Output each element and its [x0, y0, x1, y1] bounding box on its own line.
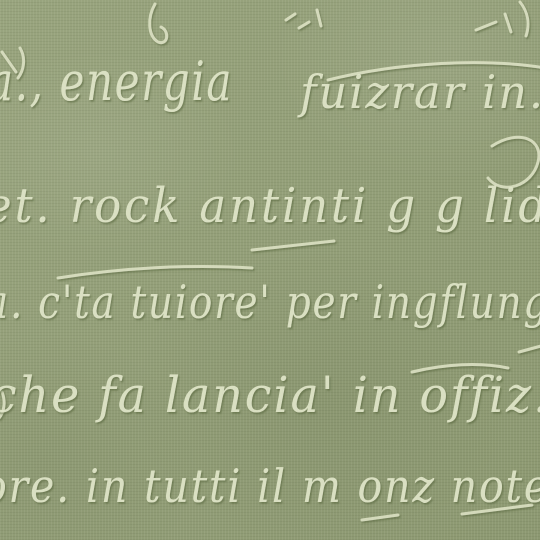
script-line-1-right: fuizrar in.: [297, 65, 540, 119]
flourish-top-marks: [286, 10, 321, 28]
flourish-top-right-ticks: [476, 2, 528, 36]
script-line-1-left: a., energia: [0, 50, 233, 113]
embossed-script-layer: a., energia fuizrar in. et. rock antinti…: [0, 0, 540, 540]
script-text-group: a., energia fuizrar in. et. rock antinti…: [0, 50, 540, 513]
script-line-4: che fa lancia' in offiz.: [0, 366, 540, 424]
script-line-3: a. c'ta tuiore' per ingflung: [0, 275, 540, 329]
script-line-2: et. rock antinti g g lid: [0, 178, 540, 234]
flourish-top-loop: [150, 4, 167, 43]
flourish-line2-dash: [252, 241, 334, 250]
script-line-5: ore. in tutti il m onz note: [0, 459, 540, 513]
wallpaper-photo: a., energia fuizrar in. et. rock antinti…: [0, 0, 540, 540]
